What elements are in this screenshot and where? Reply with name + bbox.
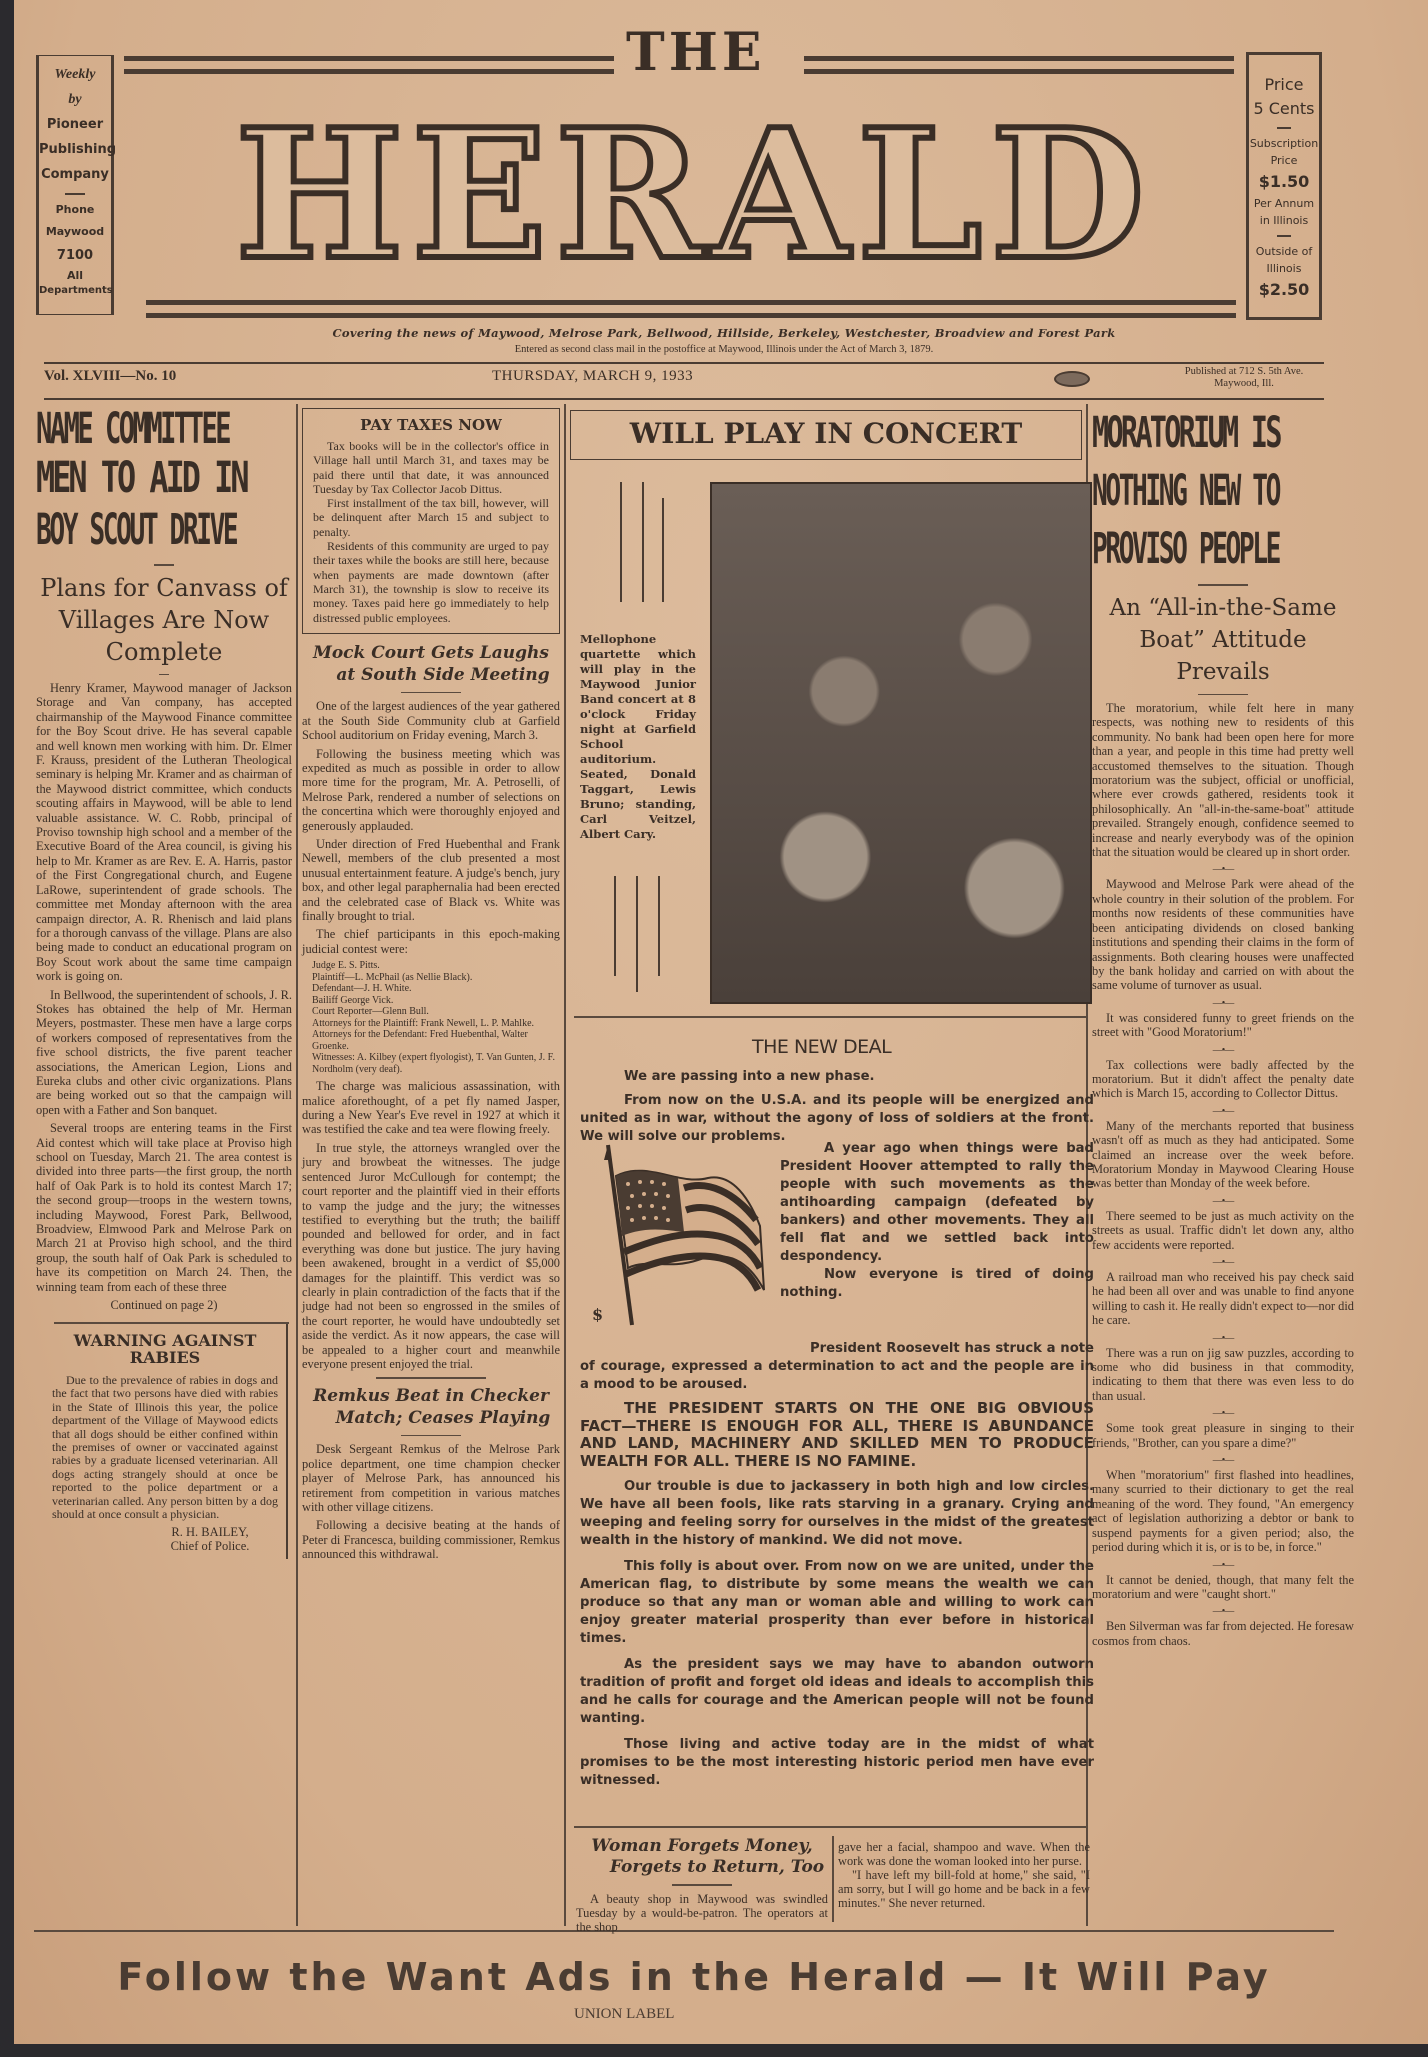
participant: Witnesses: A. Kilbey (expert flyologist)… [312, 1052, 560, 1075]
rabies-box: WARNING AGAINST RABIES Due to the preval… [36, 1324, 288, 1559]
paragraph: Following the business meeting which was… [302, 747, 560, 833]
union-label-text: UNION LABEL [574, 2006, 674, 2022]
publisher-address: Published at 712 S. 5th Ave. Maywood, Il… [1164, 366, 1324, 390]
separator: —•— [1092, 1454, 1354, 1468]
volume-number: Vol. XLVIII—No. 10 [44, 368, 176, 385]
separator: —•— [1092, 1605, 1354, 1619]
paragraph: gave her a facial, shampoo and wave. Whe… [838, 1840, 1090, 1868]
article-new-deal: We are passing into a new phase. From no… [580, 1068, 1094, 1146]
concert-headline-box: WILL PLAY IN CONCERT [570, 410, 1082, 460]
issue-date: THURSDAY, MARCH 9, 1933 [492, 368, 693, 385]
article-remkus: Remkus Beat in Checker Match; Ceases Pla… [302, 1385, 560, 1562]
paragraph: Following a decisive beating at the hand… [302, 1518, 560, 1561]
ornament-rule [658, 876, 660, 976]
subscription-price: $1.50 [1249, 169, 1319, 195]
signature-name: R. H. BAILEY, [142, 1525, 278, 1539]
article-divider [376, 1377, 486, 1379]
signature-title: Chief of Police. [142, 1539, 278, 1553]
separator: —•— [1092, 1407, 1354, 1421]
headline-line-1: MORATORIUM IS [1092, 404, 1265, 462]
participants-list: Judge E. S. Pitts. Plaintiff—L. McPhail … [302, 960, 560, 1075]
headline-divider [154, 564, 174, 566]
outside-label-2: Illinois [1249, 260, 1319, 277]
column-two: PAY TAXES NOW Tax books will be in the c… [302, 404, 560, 1566]
svg-text:$: $ [592, 1305, 603, 1324]
headline-line-2: NOTHING NEW TO [1092, 462, 1252, 520]
paragraph: Residents of this community are urged to… [313, 539, 549, 625]
paragraph: A beauty shop in Maywood was swindled Tu… [576, 1892, 828, 1934]
union-label: UNION LABEL [574, 2006, 674, 2023]
paragraph: The chief participants in this epoch-mak… [302, 927, 560, 956]
remkus-headline-1: Remkus Beat in Checker [302, 1385, 560, 1407]
separator: —•— [1092, 1559, 1354, 1573]
concert-headline: WILL PLAY IN CONCERT [571, 411, 1081, 457]
price-label: Price [1249, 73, 1319, 97]
paragraph: Tax books will be in the collector's off… [313, 439, 549, 496]
publisher-ear: Weekly by Pioneer Publishing Company Pho… [36, 55, 114, 315]
ear-pioneer: Pioneer [39, 112, 111, 137]
participant: Plaintiff—L. McPhail (as Nellie Black). [312, 972, 560, 984]
headline-divider [401, 692, 461, 694]
section-rule [574, 1826, 1088, 1828]
ornament-rule [642, 482, 644, 602]
remkus-headline-2: Match; Ceases Playing [302, 1407, 560, 1429]
headline-line-3: BOY SCOUT DRIVE [36, 502, 192, 558]
woman-headline-2: Forgets to Return, Too [576, 1857, 828, 1878]
paragraph: There seemed to be just as much activity… [1092, 1209, 1354, 1252]
price-divider [1277, 127, 1291, 129]
masthead-the: THE [626, 22, 765, 83]
ear-divider [65, 193, 85, 195]
headline-divider [1198, 584, 1248, 586]
ear-publishing: Publishing [39, 137, 111, 162]
separator: —•— [1092, 1195, 1354, 1209]
paragraph: A railroad man who received his pay chec… [1092, 1270, 1354, 1328]
subscription-label: Subscription [1249, 135, 1319, 152]
want-ads-banner: Follow the Want Ads in the Herald — It W… [34, 1955, 1354, 1999]
quartette-photo [710, 482, 1092, 1004]
newspaper-page: Weekly by Pioneer Publishing Company Pho… [14, 0, 1428, 2044]
paragraph: In Bellwood, the superintendent of schoo… [36, 988, 292, 1118]
masthead-rule-bottom [146, 300, 1236, 318]
paragraph: There was a run on jig saw puzzles, acco… [1092, 1346, 1354, 1404]
article-mock-court: Mock Court Gets Laughs at South Side Mee… [302, 642, 560, 1372]
paragraph: Some took great pleasure in singing to t… [1092, 1421, 1354, 1450]
photo-caption: Mellophone quartette which will play in … [580, 632, 696, 842]
article-deck: An “All-in-the-Same Boat” Attitude Preva… [1092, 592, 1354, 688]
union-seal-icon [1054, 371, 1090, 387]
address-line-2: Maywood, Ill. [1164, 378, 1324, 390]
separator: —•— [1092, 863, 1354, 877]
paragraph: From now on the U.S.A. and its people wi… [580, 1092, 1094, 1146]
paragraph: Desk Sergeant Remkus of the Melrose Park… [302, 1442, 560, 1514]
new-deal-continued: President Roosevelt has struck a note of… [580, 1340, 1094, 1790]
participant: Attorneys for the Defendant: Fred Hueben… [312, 1029, 560, 1052]
paragraph: "I have left my bill-fold at home," she … [838, 1868, 1090, 1910]
paragraph: It was considered funny to greet friends… [1092, 1011, 1354, 1040]
dateline-rule-top [44, 362, 1324, 364]
outside-price: $2.50 [1249, 277, 1319, 303]
column-rule [296, 404, 298, 1926]
article-moratorium: MORATORIUM IS NOTHING NEW TO PROVISO PEO… [1092, 404, 1354, 1652]
separator: —•— [1092, 1105, 1354, 1119]
masthead-title: HERALD [164, 100, 1224, 290]
separator: —•— [1092, 1044, 1354, 1058]
separator: —•— [1092, 997, 1354, 1011]
woman-headline-1: Woman Forgets Money, [576, 1836, 828, 1857]
us-flag-icon: $ [588, 1140, 768, 1330]
separator: —•— [1092, 1256, 1354, 1270]
paragraph: Our trouble is due to jackassery in both… [580, 1478, 1094, 1550]
address-line-1: Published at 712 S. 5th Ave. [1164, 366, 1324, 378]
paragraph: In true style, the attorneys wrangled ov… [302, 1141, 560, 1372]
ear-by: by [39, 87, 111, 112]
ear-departments: Departments [39, 284, 111, 298]
ornament-rule [636, 876, 638, 992]
headline-line-1: NAME COMMITTEE [36, 404, 197, 454]
outside-label: Outside of [1249, 243, 1319, 260]
deck-divider [159, 674, 169, 676]
separator: —•— [1092, 1332, 1354, 1346]
participant: Judge E. S. Pitts. [312, 960, 560, 972]
ear-company: Company [39, 162, 111, 187]
paragraph: Henry Kramer, Maywood manager of Jackson… [36, 681, 292, 984]
mock-court-headline-2: at South Side Meeting [302, 664, 560, 686]
masthead-rule-top-right [804, 56, 1234, 74]
per-annum: Per Annum [1249, 195, 1319, 212]
paragraph: First installment of the tax bill, howev… [313, 496, 549, 539]
column-rule [564, 404, 566, 1926]
postal-notice: Entered as second class mail in the post… [264, 344, 1184, 355]
paragraph: Now everyone is tired of doing nothing. [780, 1266, 1094, 1302]
rabies-headline: WARNING AGAINST RABIES [52, 1332, 278, 1366]
paragraph: The moratorium, while felt here in many … [1092, 701, 1354, 859]
paragraph: Maywood and Melrose Park were ahead of t… [1092, 877, 1354, 992]
ornament-rule [614, 876, 616, 976]
paragraph: The charge was malicious assassination, … [302, 1079, 560, 1137]
taxes-box: PAY TAXES NOW Tax books will be in the c… [302, 408, 560, 634]
price-divider-2 [1277, 235, 1291, 237]
participant: Bailiff George Vick. [312, 995, 560, 1007]
continued-link[interactable]: Continued on page 2) [36, 1298, 292, 1312]
taxes-headline: PAY TAXES NOW [313, 415, 549, 435]
paragraph: This folly is about over. From now on we… [580, 1558, 1094, 1648]
ornament-rule [662, 498, 664, 602]
paragraph: A year ago when things were bad Presiden… [780, 1140, 1094, 1266]
paragraph: Many of the merchants reported that busi… [1092, 1119, 1354, 1191]
article-boy-scout: NAME COMMITTEE MEN TO AID IN BOY SCOUT D… [36, 404, 292, 1559]
box-rule [54, 1322, 289, 1324]
paragraph: Under direction of Fred Huebenthal and F… [302, 837, 560, 923]
ear-weekly: Weekly [39, 62, 111, 87]
headline-line-2: MEN TO AID IN [36, 450, 225, 506]
paragraph: As the president says we may have to aba… [580, 1656, 1094, 1728]
section-rule [574, 1016, 1088, 1018]
paragraph: Several troops are entering teams in the… [36, 1121, 292, 1294]
ear-phone-exchange: Maywood [39, 221, 111, 243]
in-illinois: in Illinois [1249, 212, 1319, 229]
new-deal-headline: THE NEW DEAL [752, 1036, 891, 1058]
participant: Defendant—J. H. White. [312, 983, 560, 995]
rabies-signature: R. H. BAILEY, Chief of Police. [52, 1525, 278, 1553]
ear-all: All [39, 268, 111, 284]
ear-phone-number: 7100 [39, 243, 111, 268]
ear-phone-label: Phone [39, 199, 111, 221]
paragraph: When "moratorium" first flashed into hea… [1092, 1468, 1354, 1554]
subscription-label-2: Price [1249, 152, 1319, 169]
article-deck: Plans for Canvass of Villages Are Now Co… [36, 572, 292, 668]
price-value: 5 Cents [1249, 97, 1319, 121]
masthead-rule-top-left [124, 56, 614, 74]
paragraph: Those living and active today are in the… [580, 1736, 1094, 1790]
paragraph-caps: THE PRESIDENT STARTS ON THE ONE BIG OBVI… [580, 1400, 1094, 1470]
paragraph: President Roosevelt has struck a note of… [580, 1340, 1094, 1394]
paragraph: Ben Silverman was far from dejected. He … [1092, 1619, 1354, 1648]
headline-divider [401, 1435, 461, 1437]
new-deal-wrap-text: A year ago when things were bad Presiden… [780, 1140, 1094, 1302]
article-woman-forgets: Woman Forgets Money, Forgets to Return, … [576, 1836, 828, 1938]
participant: Court Reporter—Glenn Bull. [312, 1006, 560, 1018]
coverage-tagline: Covering the news of Maywood, Melrose Pa… [264, 326, 1184, 340]
mock-court-headline-1: Mock Court Gets Laughs [302, 642, 560, 664]
paragraph: Tax collections were badly affected by t… [1092, 1058, 1354, 1101]
price-ear: Price 5 Cents Subscription Price $1.50 P… [1246, 52, 1322, 320]
paragraph: It cannot be denied, though, that many f… [1092, 1573, 1354, 1602]
headline-line-3: PROVISO PEOPLE [1092, 520, 1252, 578]
participant: Attorneys for the Plaintiff: Frank Newel… [312, 1018, 560, 1030]
rabies-body: Due to the prevalence of rabies in dogs … [52, 1374, 278, 1521]
ornament-rule [620, 482, 622, 602]
paragraph: One of the largest audiences of the year… [302, 699, 560, 742]
headline-divider [672, 1884, 732, 1886]
paragraph: We are passing into a new phase. [580, 1068, 1094, 1086]
column-rule [832, 1836, 834, 1922]
woman-col-2: gave her a facial, shampoo and wave. Whe… [838, 1840, 1090, 1914]
dateline-rule-bottom [44, 398, 1324, 400]
deck-divider [1198, 694, 1248, 696]
